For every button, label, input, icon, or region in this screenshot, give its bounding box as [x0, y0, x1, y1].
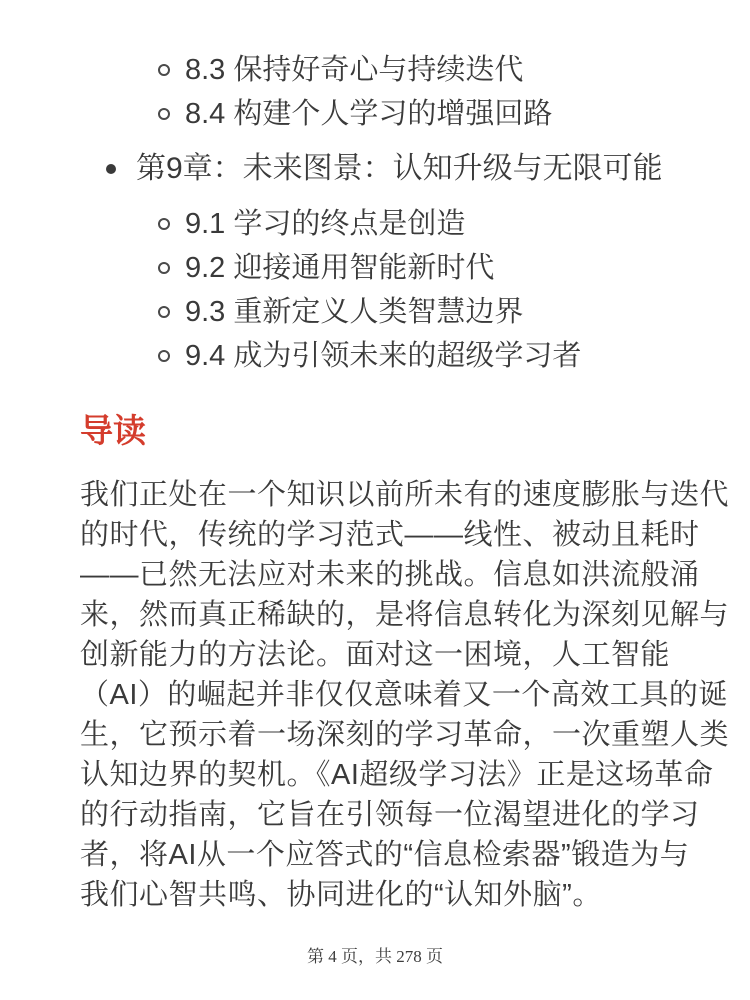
page-number-text: 第 4 页，共 278 页 — [307, 947, 443, 966]
toc-item-text: 9.2 迎接通用智能新时代 — [185, 246, 494, 290]
paragraph-line: 的行动指南，它旨在引领每一位渴望进化的学习 — [80, 795, 690, 835]
section-heading: 导读 — [80, 411, 146, 451]
paragraph-line: （AI）的崛起并非仅仅意味着又一个高效工具的诞 — [80, 675, 690, 715]
paragraph-line: 生，它预示着一场深刻的学习革命，一次重塑人类 — [80, 715, 690, 755]
paragraph-line: ——已然无法应对未来的挑战。信息如洪流般涌 — [80, 555, 690, 595]
toc-item: 8.4 构建个人学习的增强回路 — [80, 92, 700, 136]
bullet-circle-marker — [158, 64, 170, 76]
toc-item-text: 第9章：未来图景：认知升级与无限可能 — [136, 147, 663, 191]
toc-item-text: 9.1 学习的终点是创造 — [185, 202, 465, 246]
toc-item-text: 9.3 重新定义人类智慧边界 — [185, 290, 523, 334]
paragraph-line: 认知边界的契机。《AI超级学习法》正是这场革命 — [80, 755, 690, 795]
bullet-circle-marker — [158, 350, 170, 362]
paragraph-line: 的时代，传统的学习范式——线性、被动且耗时 — [80, 515, 690, 555]
toc-item: 9.1 学习的终点是创造 — [80, 202, 700, 246]
toc-item: 9.2 迎接通用智能新时代 — [80, 246, 700, 290]
bullet-circle-marker — [158, 306, 170, 318]
bullet-disc-marker — [106, 164, 116, 174]
toc-item-text: 9.4 成为引领未来的超级学习者 — [185, 334, 581, 378]
paragraph-line: 我们正处在一个知识以前所未有的速度膨胀与迭代 — [80, 475, 690, 515]
bullet-circle-marker — [158, 262, 170, 274]
toc-item-text: 8.3 保持好奇心与持续迭代 — [185, 48, 523, 92]
toc-item-text: 8.4 构建个人学习的增强回路 — [185, 92, 552, 136]
page-number-footer: 第 4 页，共 278 页 — [0, 945, 750, 969]
paragraph-line: 者，将AI从一个应答式的“信息检索器”锻造为与 — [80, 835, 690, 875]
toc-item: 第9章：未来图景：认知升级与无限可能 — [80, 147, 700, 191]
paragraph-line: 我们心智共鸣、协同进化的“认知外脑”。 — [80, 875, 690, 915]
toc-item: 9.4 成为引领未来的超级学习者 — [80, 334, 700, 378]
paragraph-line: 来，然而真正稀缺的，是将信息转化为深刻见解与 — [80, 595, 690, 635]
table-of-contents: 8.3 保持好奇心与持续迭代8.4 构建个人学习的增强回路第9章：未来图景：认知… — [80, 48, 700, 378]
document-page: 8.3 保持好奇心与持续迭代8.4 构建个人学习的增强回路第9章：未来图景：认知… — [0, 0, 750, 1000]
bullet-circle-marker — [158, 218, 170, 230]
toc-item: 8.3 保持好奇心与持续迭代 — [80, 48, 700, 92]
paragraph-line: 创新能力的方法论。面对这一困境，人工智能 — [80, 635, 690, 675]
toc-item: 9.3 重新定义人类智慧边界 — [80, 290, 700, 334]
intro-paragraph: 我们正处在一个知识以前所未有的速度膨胀与迭代的时代，传统的学习范式——线性、被动… — [80, 475, 690, 915]
bullet-circle-marker — [158, 108, 170, 120]
